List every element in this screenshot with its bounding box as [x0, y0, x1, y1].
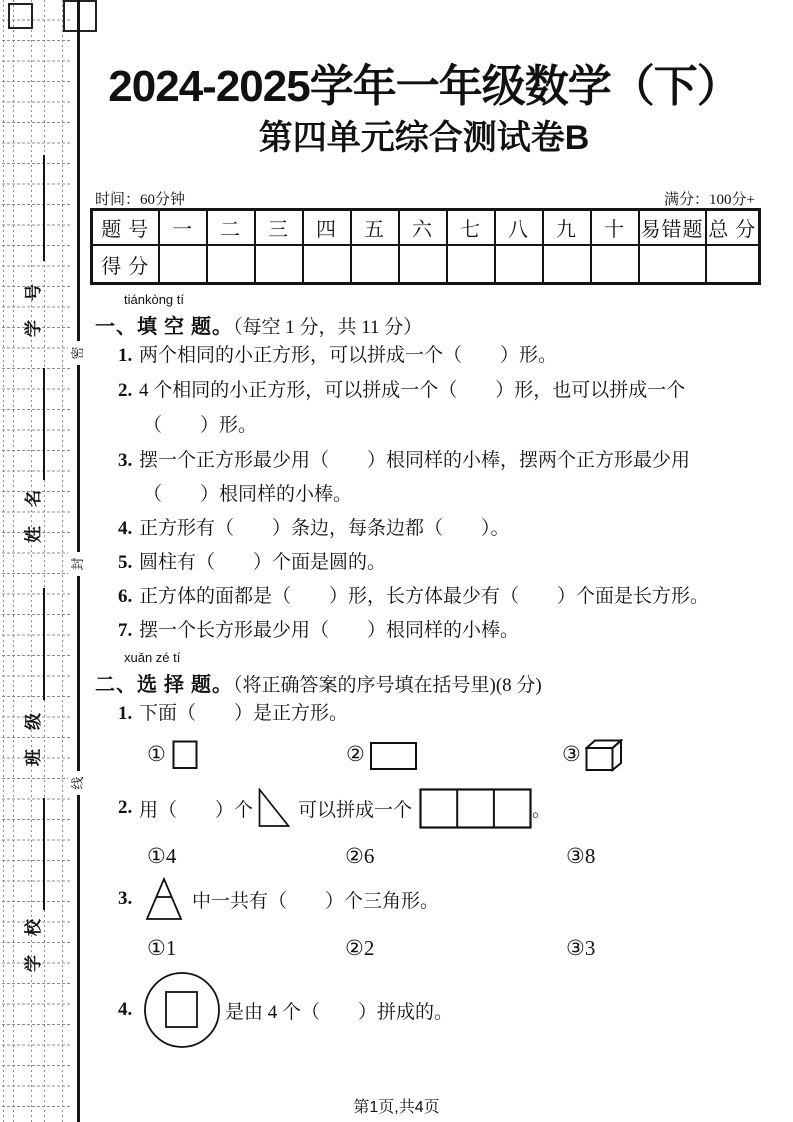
rectangle-figure: [370, 742, 417, 770]
col-5: 五: [351, 210, 399, 246]
student-id-label: 学 号: [19, 260, 41, 360]
three-square-strip-figure: [419, 788, 532, 829]
question-number: 3.: [118, 449, 139, 473]
col-8: 八: [495, 210, 543, 246]
option-1-marker: ①: [147, 742, 166, 767]
question-text: 下面（ ）是正方形。: [139, 702, 348, 726]
score-cell: [495, 245, 543, 284]
score-cell: [303, 245, 351, 284]
exam-page: 密 封 线 学 号 姓 名 班 级 学 校 2024-2025学年一年级数学（下…: [0, 0, 793, 1122]
seal-char-feng: 封: [68, 552, 88, 576]
cube-figure: [585, 739, 623, 772]
score-cell: [591, 245, 639, 284]
question-number: 1.: [118, 344, 139, 368]
margin-grid-vline: [3, 0, 4, 1122]
corner-box: [8, 3, 33, 29]
option-3-marker: ③: [562, 742, 581, 767]
question-number: 6.: [118, 585, 139, 609]
question-text: 4 个相同的小正方形，可以拼成一个（ ）形，也可以拼成一个: [139, 379, 685, 403]
exam-title: 2024-2025学年一年级数学（下）: [90, 50, 758, 114]
score-cell: [543, 245, 591, 284]
option-b: ②6: [345, 844, 374, 869]
question-text: 。: [532, 795, 551, 822]
class-fill-line: [43, 588, 45, 700]
score-cell: [706, 245, 760, 284]
school-fill-line: [43, 798, 45, 910]
square-figure: [172, 740, 198, 770]
name-fill-line: [43, 368, 45, 480]
col-7: 七: [447, 210, 495, 246]
section2-heading-note: （将正确答案的序号填在括号里)(8 分): [233, 675, 542, 696]
option-2-marker: ②: [346, 742, 365, 767]
option-a: ①4: [147, 844, 176, 869]
name-label: 姓 名: [19, 466, 41, 566]
question-number: 5.: [118, 551, 139, 575]
score-table-header-row: 题 号 一 二 三 四 五 六 七 八 九 十 易错题 总 分: [92, 210, 760, 246]
question-text: 正方体的面都是（ ）形，长方体最少有（ ）个面是长方形。: [139, 585, 709, 609]
question-number: 7.: [118, 619, 139, 643]
score-cell: [351, 245, 399, 284]
question-text: 正方形有（ ）条边，每条边都（ ）。: [139, 517, 510, 541]
score-cell: [399, 245, 447, 284]
col-error-prone: 易错题: [639, 210, 706, 246]
question-number: 4.: [118, 517, 139, 541]
school-label: 学 校: [19, 895, 41, 995]
col-9: 九: [543, 210, 591, 246]
col-total: 总 分: [706, 210, 760, 246]
score-cell: [447, 245, 495, 284]
margin-grid-vline: [62, 0, 63, 1122]
score-table: 题 号 一 二 三 四 五 六 七 八 九 十 易错题 总 分 得 分: [90, 208, 761, 285]
choice-question-1: 1. 下面（ ）是正方形。: [118, 702, 348, 726]
question-text: 摆一个正方形最少用（ ）根同样的小棒，摆两个正方形最少用: [139, 449, 690, 473]
class-label: 班 级: [19, 689, 41, 789]
score-table-corner: 题 号: [92, 210, 159, 246]
question-5: 5. 圆柱有（ ）个面是圆的。: [118, 551, 386, 575]
col-4: 四: [303, 210, 351, 246]
section2-pinyin: xuǎn zé tí: [124, 650, 180, 665]
question-2: 2. 4 个相同的小正方形，可以拼成一个（ ）形，也可以拼成一个: [118, 379, 685, 403]
circle-with-square-figure: [143, 970, 221, 1050]
score-cell: [639, 245, 706, 284]
section2-heading: 二、选 择 题。（将正确答案的序号填在括号里)(8 分): [95, 668, 542, 697]
exam-subtitle: 第四单元综合测试卷B: [90, 110, 758, 159]
choice-question-2: 2. 用（ ）个 可以拼成一个 。: [118, 786, 551, 830]
section1-heading-bold: 一、填 空 题。: [95, 316, 233, 338]
option-b: ②2: [345, 936, 374, 961]
question-text: 圆柱有（ ）个面是圆的。: [139, 551, 386, 575]
student-id-fill-line: [43, 155, 45, 261]
score-cell: [159, 245, 207, 284]
col-6: 六: [399, 210, 447, 246]
option-c: ③3: [566, 936, 595, 961]
section1-heading: 一、填 空 题。（每空 1 分，共 11 分）: [95, 310, 422, 339]
question-text: 可以拼成一个: [298, 795, 412, 822]
section1-pinyin: tiánkòng tí: [124, 292, 184, 307]
page-footer: 第1页,共4页: [0, 1094, 793, 1117]
divided-triangle-figure: [145, 877, 183, 921]
question-6: 6. 正方体的面都是（ ）形，长方体最少有（ ）个面是长方形。: [118, 585, 709, 609]
question-1: 1. 两个相同的小正方形，可以拼成一个（ ）形。: [118, 344, 557, 368]
question-number: 4.: [118, 999, 139, 1021]
score-cell: [207, 245, 255, 284]
question-text: 两个相同的小正方形，可以拼成一个（ ）形。: [139, 344, 557, 368]
option-a: ①1: [147, 936, 176, 961]
col-10: 十: [591, 210, 639, 246]
score-cell: [255, 245, 303, 284]
triangle-figure: [258, 788, 290, 828]
question-3-continued: （ ）根同样的小棒。: [143, 483, 352, 507]
seal-char-mi: 密: [68, 341, 88, 365]
section2-heading-bold: 二、选 择 题。: [95, 674, 233, 696]
question-number: 1.: [118, 702, 139, 726]
question-text: 是由 4 个（ ）拼成的。: [225, 997, 453, 1024]
margin-grid-vline: [13, 0, 14, 1122]
time-limit-label: 时间：60分钟: [95, 188, 185, 209]
question-number: 3.: [118, 888, 139, 910]
question-number: 2.: [118, 379, 139, 403]
option-c: ③8: [566, 844, 595, 869]
score-row-label: 得 分: [92, 245, 159, 284]
question-text: 摆一个长方形最少用（ ）根同样的小棒。: [139, 619, 519, 643]
col-2: 二: [207, 210, 255, 246]
choice-question-3: 3. 中一共有（ ）个三角形。: [118, 876, 439, 922]
section1-heading-note: （每空 1 分，共 11 分）: [233, 317, 422, 338]
question-text: 中一共有（ ）个三角形。: [192, 886, 439, 913]
seal-char-xian: 线: [68, 771, 88, 795]
question-2-continued: （ ）形。: [143, 414, 257, 438]
choice-question-4: 4. 是由 4 个（ ）拼成的。: [118, 968, 453, 1052]
question-number: 2.: [118, 797, 139, 819]
col-3: 三: [255, 210, 303, 246]
question-text: 用（ ）个: [139, 795, 253, 822]
corner-box: [63, 0, 97, 32]
question-4: 4. 正方形有（ ）条边，每条边都（ ）。: [118, 517, 510, 541]
full-score-label: 满分：100分+: [664, 188, 755, 209]
question-7: 7. 摆一个长方形最少用（ ）根同样的小棒。: [118, 619, 519, 643]
exam-meta-row: 时间：60分钟 满分：100分+: [95, 188, 755, 209]
col-1: 一: [159, 210, 207, 246]
score-table-score-row: 得 分: [92, 245, 760, 284]
question-3: 3. 摆一个正方形最少用（ ）根同样的小棒，摆两个正方形最少用: [118, 449, 690, 473]
